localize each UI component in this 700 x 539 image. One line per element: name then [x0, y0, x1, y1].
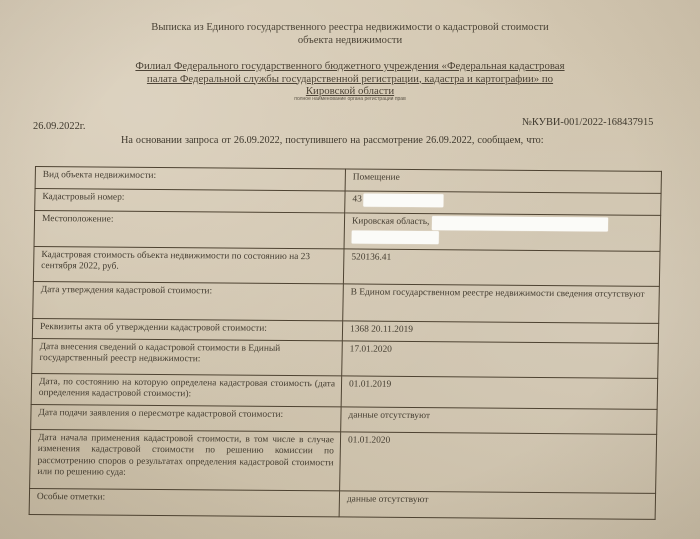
org-line-2: палата Федеральной службы государственно… — [110, 73, 590, 86]
row-value: данные отсутствуют — [339, 491, 655, 519]
row-label: Дата, по состоянию на которую определена… — [31, 373, 342, 406]
row-value: 1368 20.11.2019 — [342, 321, 658, 343]
document-number: №КУВИ-001/2022-168437915 — [522, 117, 653, 128]
row-label: Кадастровая стоимость объекта недвижимос… — [33, 246, 344, 283]
row-value: 17.01.2020 — [342, 341, 659, 378]
title-line-2: объекта недвижимости — [100, 34, 600, 47]
issuing-organization: Филиал Федерального государственного бюд… — [110, 60, 590, 98]
row-label: Дата начала применения кадастровой стоим… — [30, 429, 341, 490]
redaction-block — [352, 230, 439, 244]
row-value: 520136.41 — [343, 249, 660, 286]
row-value-cell: 43 — [345, 191, 661, 215]
row-value: Кировская область, — [352, 216, 430, 227]
document-page: Выписка из Единого государственного реес… — [0, 0, 700, 539]
row-value: 01.01.2019 — [341, 376, 658, 409]
cadastral-info-table: Вид объекта недвижимости: Помещение Када… — [29, 166, 662, 520]
title-line-1: Выписка из Единого государственного реес… — [100, 21, 600, 34]
redaction-block — [432, 216, 608, 231]
org-caption: полное наименование органа регистрации п… — [200, 96, 500, 102]
row-label: Дата утверждения кадастровой стоимости: — [33, 281, 344, 320]
table-row-application-start-date: Дата начала применения кадастровой стоим… — [30, 429, 657, 493]
row-value: В Едином государственном реестре недвижи… — [343, 284, 660, 323]
document-date: 26.09.2022г. — [33, 121, 85, 132]
row-label: Дата подачи заявления о пересмотре кадас… — [31, 404, 341, 431]
row-value: данные отсутствуют — [341, 407, 657, 434]
document-title: Выписка из Единого государственного реес… — [100, 21, 600, 47]
table-row-special-notes: Особые отметки: данные отсутствуют — [29, 488, 655, 519]
redaction-block — [364, 194, 444, 208]
row-label: Дата внесения сведений о кадастровой сто… — [32, 338, 343, 375]
row-label: Кадастровый номер: — [35, 189, 345, 213]
org-line-1: Филиал Федерального государственного бюд… — [110, 60, 590, 73]
table-row-determination-date: Дата, по состоянию на которую определена… — [31, 373, 658, 409]
table-row-location: Местоположение: Кировская область, — [34, 210, 661, 251]
row-label: Вид объекта недвижимости: — [35, 167, 345, 191]
row-value: 43 — [352, 194, 362, 204]
row-label: Реквизиты акта об утверждении кадастрово… — [32, 318, 342, 340]
row-value: 01.01.2020 — [340, 432, 657, 493]
row-label: Особые отметки: — [29, 488, 339, 516]
intro-text: На основании запроса от 26.09.2022, пост… — [121, 135, 544, 146]
row-label: Местоположение: — [34, 210, 345, 248]
table-row-approval-date: Дата утверждения кадастровой стоимости: … — [33, 281, 660, 323]
table-row-cadastral-value: Кадастровая стоимость объекта недвижимос… — [33, 246, 660, 286]
table-row-entry-date: Дата внесения сведений о кадастровой сто… — [32, 338, 659, 378]
row-value: Помещение — [345, 169, 661, 193]
row-value-cell: Кировская область, — [344, 213, 661, 251]
